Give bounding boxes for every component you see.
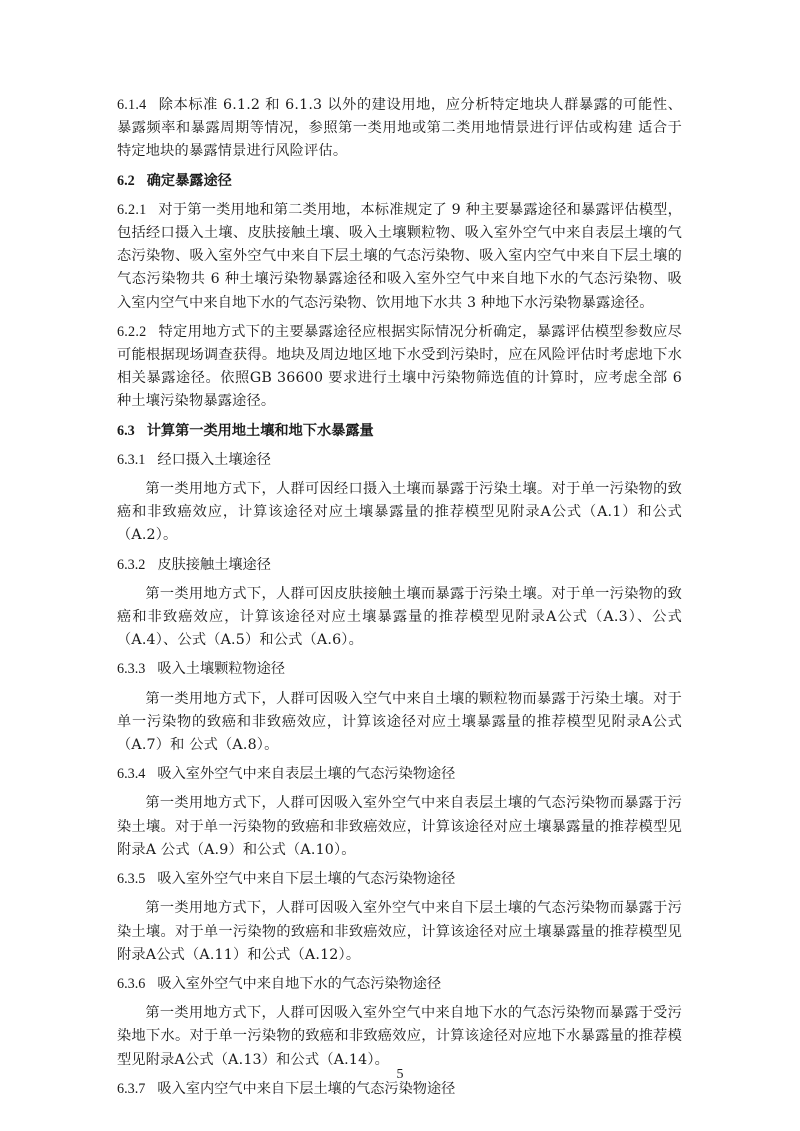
section-heading-6-2: 6.2确定暴露途径 bbox=[117, 170, 682, 193]
paragraph-6-3-1: 第一类用地方式下，人群可因经口摄入土壤而暴露于污染土壤。对于单一污染物的致癌和非… bbox=[117, 478, 682, 548]
paragraph-6-3-4: 第一类用地方式下，人群可因吸入室外空气中来自表层土壤的气态污染物而暴露于污染土壤… bbox=[117, 792, 682, 862]
clause-text: 对于第一类用地和第二类用地，本标准规定了 9 种主要暴露途径和暴露评估模型，包括… bbox=[117, 202, 682, 311]
clause-6-2-1: 6.2.1对于第一类用地和第二类用地，本标准规定了 9 种主要暴露途径和暴露评估… bbox=[117, 199, 682, 315]
section-number: 6.3 bbox=[117, 423, 135, 439]
subheading-number: 6.3.5 bbox=[117, 871, 145, 887]
clause-6-1-4: 6.1.4除本标准 6.1.2 和 6.1.3 以外的建设用地，应分析特定地块人… bbox=[117, 94, 682, 164]
page-number: 5 bbox=[0, 1067, 800, 1083]
subheading-6-3-6: 6.3.6吸入室外空气中来自地下水的气态污染物途径 bbox=[117, 973, 682, 996]
paragraph-6-3-3: 第一类用地方式下，人群可因吸入空气中来自土壤的颗粒物而暴露于污染土壤。对于单一污… bbox=[117, 688, 682, 758]
clause-text: 特定用地方式下的主要暴露途径应根据实际情况分析确定，暴露评估模型参数应尽可能根据… bbox=[117, 324, 682, 410]
clause-text: 除本标准 6.1.2 和 6.1.3 以外的建设用地，应分析特定地块人群暴露的可… bbox=[117, 97, 682, 159]
paragraph-6-3-2: 第一类用地方式下，人群可因皮肤接触土壤而暴露于污染土壤。对于单一污染物的致癌和非… bbox=[117, 583, 682, 653]
clause-6-2-2: 6.2.2特定用地方式下的主要暴露途径应根据实际情况分析确定，暴露评估模型参数应… bbox=[117, 321, 682, 414]
subheading-number: 6.3.6 bbox=[117, 976, 145, 992]
subheading-title: 吸入土壤颗粒物途径 bbox=[157, 661, 285, 677]
subheading-6-3-5: 6.3.5吸入室外空气中来自下层土壤的气态污染物途径 bbox=[117, 868, 682, 891]
clause-number: 6.1.4 bbox=[117, 97, 146, 113]
subheading-number: 6.3.1 bbox=[117, 452, 145, 468]
clause-number: 6.2.1 bbox=[117, 202, 146, 218]
subheading-number: 6.3.7 bbox=[117, 1081, 145, 1097]
subheading-6-3-4: 6.3.4吸入室外空气中来自表层土壤的气态污染物途径 bbox=[117, 763, 682, 786]
paragraph-6-3-5: 第一类用地方式下，人群可因吸入室外空气中来自下层土壤的气态污染物而暴露于污染土壤… bbox=[117, 897, 682, 967]
section-heading-6-3: 6.3计算第一类用地土壤和地下水暴露量 bbox=[117, 420, 682, 443]
clause-number: 6.2.2 bbox=[117, 324, 146, 340]
subheading-6-3-2: 6.3.2皮肤接触土壤途径 bbox=[117, 554, 682, 577]
section-title: 计算第一类用地土壤和地下水暴露量 bbox=[147, 423, 374, 439]
section-number: 6.2 bbox=[117, 173, 135, 189]
subheading-number: 6.3.4 bbox=[117, 766, 145, 782]
subheading-title: 皮肤接触土壤途径 bbox=[157, 557, 271, 573]
subheading-6-3-1: 6.3.1经口摄入土壤途径 bbox=[117, 449, 682, 472]
document-page: 6.1.4除本标准 6.1.2 和 6.1.3 以外的建设用地，应分析特定地块人… bbox=[117, 94, 682, 1101]
subheading-6-3-3: 6.3.3吸入土壤颗粒物途径 bbox=[117, 658, 682, 681]
subheading-title: 吸入室外空气中来自表层土壤的气态污染物途径 bbox=[157, 766, 455, 782]
subheading-title: 吸入室外空气中来自地下水的气态污染物途径 bbox=[157, 976, 441, 992]
subheading-title: 经口摄入土壤途径 bbox=[157, 452, 271, 468]
paragraph-6-3-6: 第一类用地方式下，人群可因吸入室外空气中来自地下水的气态污染物而暴露于受污染地下… bbox=[117, 1002, 682, 1072]
subheading-number: 6.3.2 bbox=[117, 557, 145, 573]
subheading-title: 吸入室内空气中来自下层土壤的气态污染物途径 bbox=[157, 1081, 455, 1097]
subheading-number: 6.3.3 bbox=[117, 661, 145, 677]
subheading-title: 吸入室外空气中来自下层土壤的气态污染物途径 bbox=[157, 871, 455, 887]
section-title: 确定暴露途径 bbox=[147, 173, 232, 189]
